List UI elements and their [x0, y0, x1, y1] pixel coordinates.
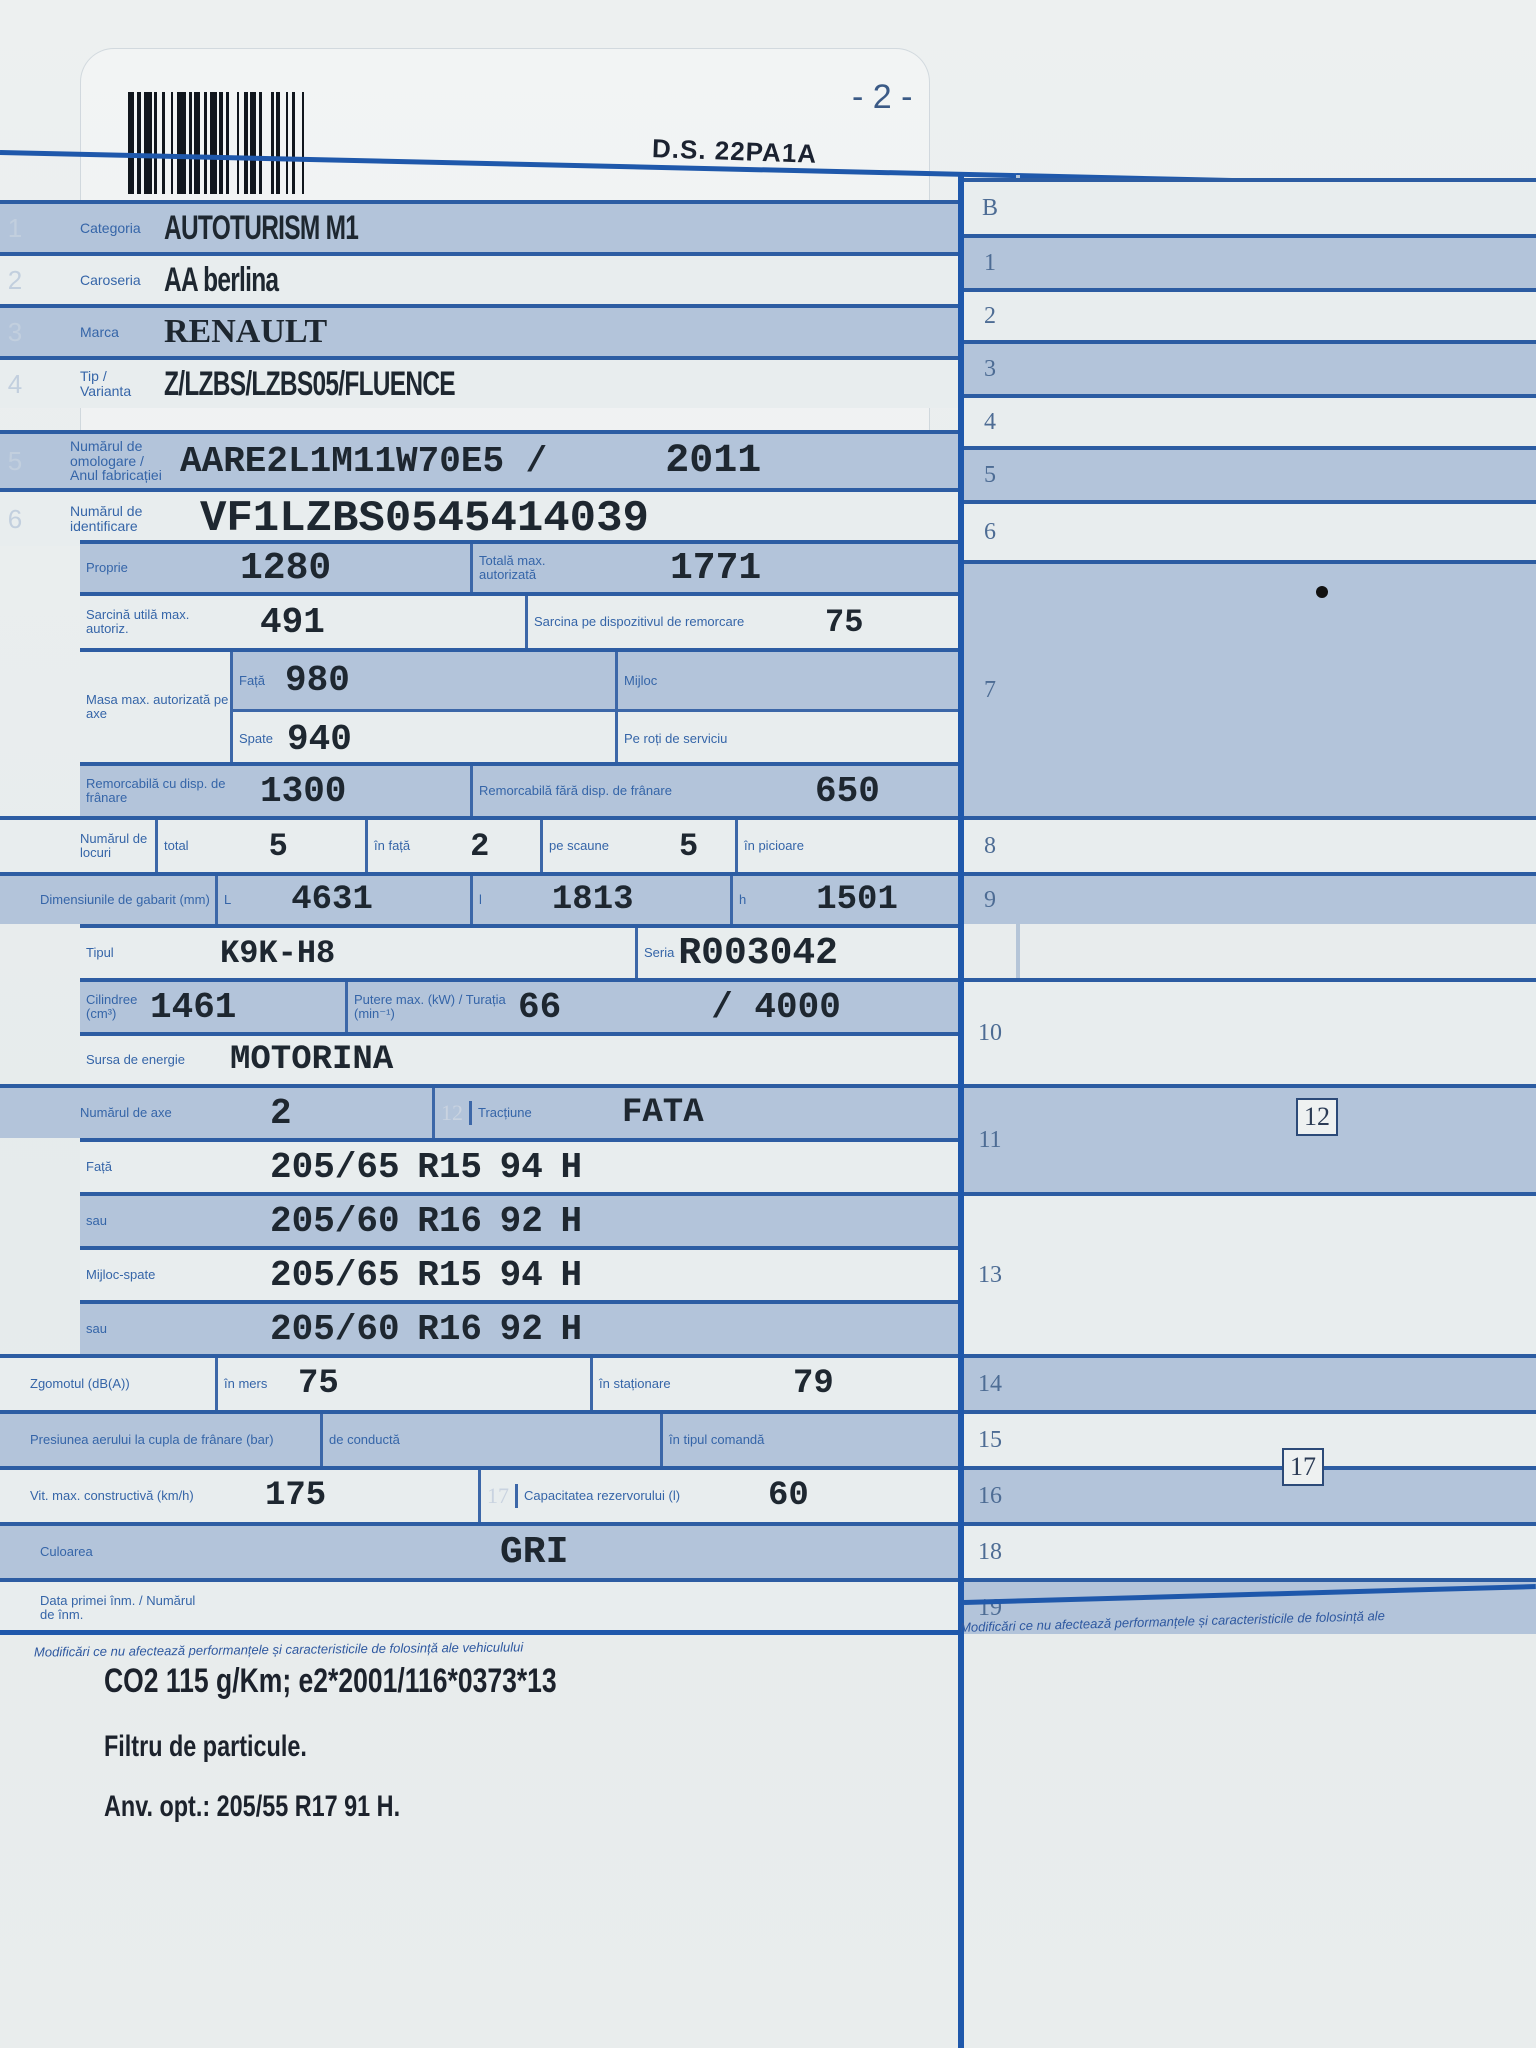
row-axe: Numărul de axe 2 12 Tracțiune FATA	[0, 1084, 958, 1138]
field-value-cilindree: 1461	[150, 987, 236, 1028]
document-page: D.S. 22PA1A - 2 - 1 Categoria AUTOTURISM…	[0, 0, 1536, 2048]
field-label: Mijloc	[618, 674, 657, 688]
field-label: Cilindree (cm³)	[80, 993, 150, 1020]
remark-anvelope-optionale: Anv. opt.: 205/55 R17 91 H.	[104, 1790, 400, 1824]
cell-remorcabila-fara-frana: Remorcabilă fără disp. de frânare	[470, 766, 690, 816]
right-row-9: 9	[964, 872, 1536, 924]
field-label: Sarcina pe dispozitivul de remorcare	[528, 615, 744, 629]
field-label: Vit. max. constructivă (km/h)	[0, 1489, 265, 1503]
field-value-latime: 1813	[552, 881, 634, 919]
field-box-12: 12	[1296, 1098, 1338, 1136]
field-number: 17	[481, 1484, 518, 1507]
field-value-masa-fata: 980	[285, 660, 350, 701]
field-label: de conductă	[323, 1433, 400, 1447]
cell-putere: Putere max. (kW) / Turația (min⁻¹) 66 / …	[345, 982, 958, 1032]
cell-masa-mijloc: Mijloc	[615, 652, 958, 709]
row-dimensiuni: Dimensiunile de gabarit (mm) L 4631 l 18…	[0, 872, 958, 924]
row-number: 13	[964, 1262, 1016, 1289]
field-value-sarcina-dispozitiv: 75	[825, 604, 863, 641]
field-value-locuri-fata: 2	[470, 828, 489, 865]
row-categoria: 1 Categoria AUTOTURISM M1	[0, 200, 958, 252]
row-locuri: Numărul de locuri total 5 în față 2 pe s…	[0, 816, 958, 872]
section-header: B	[964, 195, 1016, 222]
field-value-anvelope-spate-sau: 205/60 R16 92 H	[270, 1309, 582, 1350]
row-number: 1	[964, 250, 1016, 277]
ink-dot	[1316, 586, 1328, 598]
field-label: Presiunea aerului la cupla de frânare (b…	[0, 1433, 320, 1447]
field-label: Sursa de energie	[80, 1053, 230, 1067]
field-label: sau	[80, 1214, 270, 1228]
row-number: 4	[0, 369, 30, 400]
row-omologare: 5 Numărul de omologare / Anul fabricație…	[0, 430, 958, 488]
row-number: 14	[964, 1371, 1016, 1398]
row-sursa-energie: Sursa de energie MOTORINA	[80, 1032, 958, 1084]
field-label: Seria	[638, 946, 674, 960]
field-label: în tipul comandă	[663, 1433, 764, 1447]
row-sarcina: Sarcină utilă max. autoriz. 491 Sarcina …	[80, 592, 1038, 648]
right-row-13: 13	[964, 1192, 1536, 1354]
right-row-11: 11	[964, 1084, 1536, 1192]
right-row-7: 7	[964, 560, 1536, 816]
field-value-vin: VF1LZBS0545414039	[200, 494, 649, 544]
row-number: 1	[0, 213, 30, 244]
field-value-axe: 2	[270, 1093, 292, 1134]
field-value-zgomot-stationare: 79	[793, 1365, 834, 1403]
cell-locuri-scaune: pe scaune 5	[540, 820, 730, 872]
row-cilindree: Cilindree (cm³) 1461 Putere max. (kW) / …	[80, 978, 958, 1032]
row-number: 18	[964, 1539, 1016, 1566]
row-anvelope-fata-alt: sau 205/60 R16 92 H	[80, 1192, 958, 1246]
page-number: - 2 -	[852, 78, 912, 117]
cell-tractiune: 12 Tracțiune FATA	[432, 1088, 958, 1138]
field-value-inaltime: 1501	[816, 881, 898, 919]
field-value-motor-tip: K9K-H8	[220, 935, 335, 972]
field-label: în față	[368, 839, 410, 853]
field-label: Masa max. autorizată pe axe	[80, 693, 230, 720]
cell-zgomot-stationare: în staționare 79	[590, 1358, 958, 1410]
cell-inaltime: h 1501	[730, 876, 958, 924]
field-label: Data primei înm. / Numărul de înm.	[0, 1594, 200, 1621]
row-vin: 6 Numărul de identificare VF1LZBS0545414…	[0, 488, 958, 546]
field-label: Proprie	[80, 561, 220, 575]
field-value-marca: RENAULT	[164, 313, 327, 351]
field-label: h	[733, 893, 746, 907]
field-label: total	[158, 839, 189, 853]
field-value-remorcabila-fara-frana: 650	[815, 771, 880, 812]
row-data-inmatriculare: Data primei înm. / Numărul de înm.	[0, 1578, 958, 1634]
field-value-masa-spate: 940	[287, 719, 352, 760]
right-row-14: 14	[964, 1354, 1536, 1410]
remark-co2: CO2 115 g/Km; e2*2001/116*0373*13	[104, 1662, 557, 1701]
field-value-tractiune: FATA	[622, 1094, 704, 1132]
row-anvelope-spate: Mijloc-spate 205/65 R15 94 H	[80, 1246, 958, 1300]
field-label: Marca	[30, 325, 150, 340]
field-label: Zgomotul (dB(A))	[0, 1377, 215, 1391]
barcode	[128, 92, 576, 194]
field-label: Spate	[233, 732, 273, 746]
row-number: 7	[964, 677, 1016, 704]
field-label: Numărul de omologare / Anul fabricației	[30, 439, 170, 483]
row-zgomot: Zgomotul (dB(A)) în mers 75 în staționar…	[0, 1354, 958, 1410]
cell-presiune-conducta: de conductă	[320, 1414, 660, 1466]
field-value-remorcabila-cu-frana: 1300	[260, 771, 346, 812]
cell-presiune-comanda: în tipul comandă	[660, 1414, 958, 1466]
field-value-caroseria: AA berlina	[164, 261, 278, 300]
field-value-categoria: AUTOTURISM M1	[164, 209, 358, 248]
right-row-5: 5	[964, 446, 1536, 500]
row-number: 16	[964, 1483, 1016, 1510]
row-anvelope-spate-alt: sau 205/60 R16 92 H	[80, 1300, 958, 1354]
field-label: Pe roți de serviciu	[618, 732, 727, 746]
field-label: Tip / Varianta	[30, 369, 150, 398]
field-value-locuri-scaune: 5	[679, 828, 698, 865]
right-row-16: 16	[964, 1466, 1536, 1522]
field-value-an-fabricatie: 2011	[665, 439, 761, 484]
row-number: 11	[964, 1127, 1016, 1154]
right-header-row: B	[964, 178, 1536, 234]
right-row-4: 4	[964, 394, 1536, 446]
cell-zgomot-mers: în mers 75	[215, 1358, 590, 1410]
field-label: Putere max. (kW) / Turația (min⁻¹)	[348, 993, 518, 1020]
field-value-sarcina-utila: 491	[260, 602, 325, 643]
row-remorcabila: Remorcabilă cu disp. de frânare 1300 Rem…	[80, 762, 958, 816]
cell-latime: l 1813	[470, 876, 730, 924]
field-label: Categoria	[30, 221, 150, 236]
field-label: Caroseria	[30, 273, 150, 288]
field-label: Totală max. autorizată	[473, 554, 590, 581]
footer-note-left: Modificări ce nu afectează performanțele…	[34, 1639, 523, 1659]
field-label: Capacitatea rezervorului (l)	[518, 1489, 768, 1503]
right-row-10: 10	[964, 978, 1536, 1084]
field-label: pe scaune	[543, 839, 609, 853]
field-value-culoare: GRI	[500, 1531, 568, 1574]
field-value-tip: Z/LZBS/LZBS05/FLUENCE	[164, 365, 455, 404]
field-label: Sarcină utilă max. autoriz.	[80, 608, 220, 635]
field-box-17: 17	[1282, 1448, 1324, 1486]
field-label: Tipul	[80, 946, 220, 960]
field-value-masa-proprie: 1280	[240, 547, 331, 590]
cell-masa-totala-label: Totală max. autorizată	[470, 544, 590, 592]
row-number: 4	[964, 409, 1016, 436]
field-value-anvelope-spate: 205/65 R15 94 H	[270, 1255, 582, 1296]
row-tip-varianta: 4 Tip / Varianta Z/LZBS/LZBS05/FLUENCE	[0, 356, 958, 408]
field-value-capacitate-rezervor: 60	[768, 1477, 809, 1515]
field-value-viteza: 175	[265, 1477, 326, 1515]
field-label: Tracțiune	[472, 1106, 622, 1120]
field-label: Mijloc-spate	[80, 1268, 270, 1282]
field-value-sursa-energie: MOTORINA	[230, 1041, 393, 1079]
row-caroseria: 2 Caroseria AA berlina	[0, 252, 958, 304]
field-label: l	[473, 893, 482, 907]
row-anvelope-fata: Față 205/65 R15 94 H	[80, 1138, 958, 1192]
row-number: 3	[964, 356, 1016, 383]
row-number: 2	[0, 265, 30, 296]
cell-masa-roti-serviciu: Pe roți de serviciu	[615, 709, 958, 766]
field-number: 12	[435, 1101, 472, 1124]
row-number: 5	[964, 462, 1016, 489]
field-label: Remorcabilă cu disp. de frânare	[80, 777, 250, 804]
field-value-lungime: 4631	[291, 881, 373, 919]
field-value-masa-totala: 1771	[670, 547, 761, 590]
field-label: Remorcabilă fără disp. de frânare	[473, 784, 672, 798]
field-value-locuri-total: 5	[269, 828, 288, 865]
cell-locuri-picioare: în picioare	[735, 820, 958, 872]
field-label: în mers	[218, 1377, 298, 1391]
row-number: 3	[0, 317, 30, 348]
field-label: în staționare	[593, 1377, 793, 1391]
row-masa-axe: Masa max. autorizată pe axe Față 980 Spa…	[80, 648, 958, 762]
row-number: 10	[964, 1020, 1016, 1047]
field-value-anvelope-fata: 205/65 R15 94 H	[270, 1147, 582, 1188]
cell-locuri-total: total 5	[155, 820, 355, 872]
right-row-15: 15	[964, 1410, 1536, 1466]
row-mase: Proprie 1280 Totală max. autorizată 1771	[80, 540, 1038, 592]
field-value-turatie: / 4000	[711, 987, 841, 1028]
cell-capacitate-rezervor: 17 Capacitatea rezervorului (l) 60	[478, 1470, 958, 1522]
row-number: 5	[0, 446, 30, 477]
remark-filtru: Filtru de particule.	[104, 1730, 307, 1764]
right-row-1: 1	[964, 234, 1536, 288]
bottom-rule-left	[0, 1630, 958, 1635]
field-label: Față	[80, 1160, 270, 1174]
field-label: Față	[233, 674, 265, 688]
field-value-putere: 66	[518, 987, 561, 1028]
cell-locuri-fata: în față 2	[365, 820, 535, 872]
field-label: Dimensiunile de gabarit (mm)	[0, 893, 210, 907]
row-number: 9	[964, 887, 1016, 914]
row-presiune: Presiunea aerului la cupla de frânare (b…	[0, 1410, 958, 1466]
row-marca: 3 Marca RENAULT	[0, 304, 958, 356]
row-viteza: Vit. max. constructivă (km/h) 175 17 Cap…	[0, 1466, 958, 1522]
row-number: 15	[964, 1427, 1016, 1454]
field-label: Numărul de locuri	[0, 832, 150, 859]
right-row-3: 3	[964, 340, 1536, 394]
cell-sarcina-dispozitiv: Sarcina pe dispozitivul de remorcare	[525, 596, 755, 648]
field-label: sau	[80, 1322, 270, 1336]
row-number: 2	[964, 303, 1016, 330]
cell-motor-serie: Seria R003042	[635, 928, 958, 978]
right-row-18: 18	[964, 1522, 1536, 1578]
field-label: în picioare	[738, 839, 804, 853]
row-culoare: Culoarea GRI	[0, 1522, 958, 1578]
field-value-zgomot-mers: 75	[298, 1365, 339, 1403]
field-label: Numărul de identificare	[30, 504, 200, 533]
right-row-8: 8	[964, 816, 1536, 872]
cell-masa-spate: Spate 940	[230, 709, 615, 766]
right-row-2: 2	[964, 288, 1536, 340]
field-label: Culoarea	[0, 1545, 500, 1559]
row-number: 8	[964, 833, 1016, 860]
field-label: Numărul de axe	[0, 1106, 270, 1120]
field-label: L	[218, 893, 231, 907]
cell-lungime: L 4631	[215, 876, 470, 924]
cell-masa-fata: Față 980	[230, 652, 615, 709]
right-row-6: 6	[964, 500, 1536, 560]
row-number: 6	[964, 519, 1016, 546]
field-value-anvelope-fata-sau: 205/60 R16 92 H	[270, 1201, 582, 1242]
field-value-motor-serie: R003042	[678, 932, 838, 975]
row-motor-tip: Tipul K9K-H8 Seria R003042	[80, 924, 958, 978]
field-value-omologare: AARE2L1M11W70E5 /	[180, 441, 547, 482]
row-number: 6	[0, 504, 30, 535]
